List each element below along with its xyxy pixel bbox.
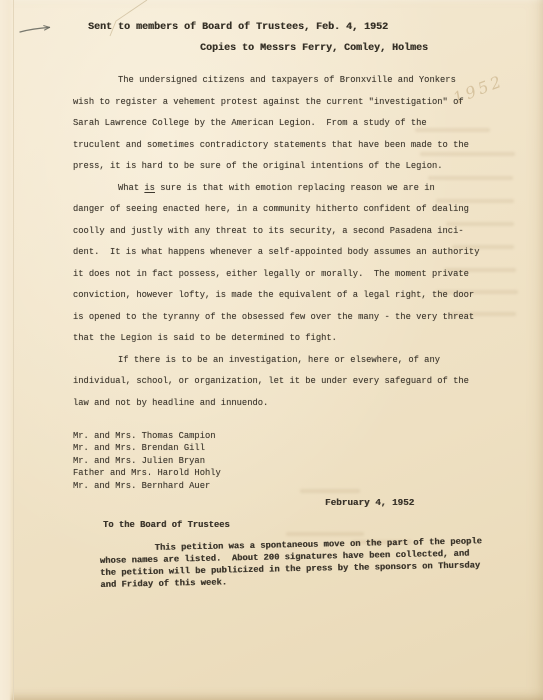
date-line: February 4, 1952 bbox=[325, 497, 414, 508]
sponsor-name: Mr. and Mrs. Brendan Gill bbox=[73, 442, 221, 454]
document-line: it does not in fact possess, either lega… bbox=[73, 264, 513, 286]
document-line: If there is to be an investigation, here… bbox=[73, 350, 513, 372]
document-line: truculent and sometimes contradictory st… bbox=[73, 135, 513, 157]
paper-left-edge bbox=[0, 0, 14, 700]
underlined-word: is bbox=[144, 183, 155, 193]
document-line: coolly and justly with any threat to its… bbox=[73, 221, 513, 243]
letter-body: The undersigned citizens and taxpayers o… bbox=[73, 70, 513, 414]
document-line: dent. It is what happens whenever a self… bbox=[73, 242, 513, 264]
document-line: danger of seeing enacted here, in a comm… bbox=[73, 199, 513, 221]
sponsor-list: Mr. and Mrs. Thomas Campion Mr. and Mrs.… bbox=[73, 430, 221, 492]
document-line: is opened to the tyranny of the obsessed… bbox=[73, 307, 513, 329]
document-line: that the Legion is said to be determined… bbox=[73, 328, 513, 350]
salutation: To the Board of Trustees bbox=[103, 520, 230, 530]
sponsor-name: Mr. and Mrs. Julien Bryan bbox=[73, 455, 221, 467]
sponsor-name: Father and Mrs. Harold Hohly bbox=[73, 467, 221, 479]
document-line: The undersigned citizens and taxpayers o… bbox=[73, 70, 513, 92]
document-line-with-underline: What is sure is that with emotion replac… bbox=[73, 178, 513, 200]
document-line: conviction, however lofty, is made the e… bbox=[73, 285, 513, 307]
routing-header: Sent to members of Board of Trustees, Fe… bbox=[0, 17, 428, 59]
transmittal-note: This petition was a spontaneous move on … bbox=[100, 535, 511, 592]
text-after-underline: sure is that with emotion replacing reas… bbox=[155, 183, 435, 193]
document-line: press, it is hard to be sure of the orig… bbox=[73, 156, 513, 178]
document-line: Sarah Lawrence College by the American L… bbox=[73, 113, 513, 135]
document-line: wish to register a vehement protest agai… bbox=[73, 92, 513, 114]
document-line: individual, school, or organization, let… bbox=[73, 371, 513, 393]
routing-line-1: Sent to members of Board of Trustees, Fe… bbox=[88, 17, 428, 38]
scanned-letter-page: Sent to members of Board of Trustees, Fe… bbox=[0, 0, 543, 700]
document-line: law and not by headline and innuendo. bbox=[73, 393, 513, 415]
sponsor-name: Mr. and Mrs. Thomas Campion bbox=[73, 430, 221, 442]
routing-line-2: Copies to Messrs Ferry, Comley, Holmes bbox=[200, 38, 428, 59]
sponsor-name: Mr. and Mrs. Bernhard Auer bbox=[73, 480, 221, 492]
text-before-underline: What bbox=[118, 183, 144, 193]
